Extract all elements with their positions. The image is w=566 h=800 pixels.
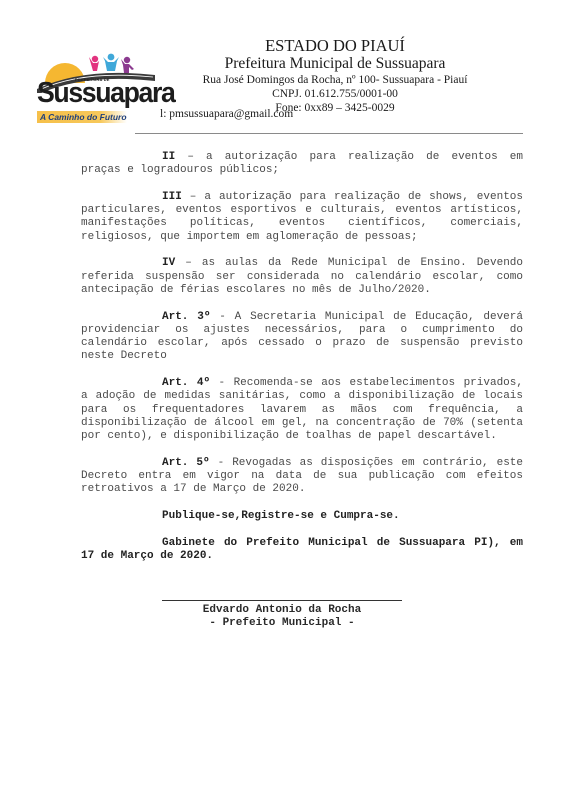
article-text: - Revogadas as disposições em contrário,… bbox=[81, 457, 523, 496]
decree-body: II – a autorização para realização de ev… bbox=[81, 151, 523, 577]
header-divider bbox=[135, 133, 523, 134]
paragraph-item-ii: II – a autorização para realização de ev… bbox=[81, 151, 523, 178]
place-and-date: Gabinete do Prefeito Municipal de Sussua… bbox=[81, 537, 523, 564]
paragraph-label: III bbox=[162, 191, 182, 203]
letterhead: PREFEITURA DE Sussuapara A Caminho do Fu… bbox=[0, 0, 566, 140]
article-3: Art. 3º - A Secretaria Municipal de Educ… bbox=[81, 311, 523, 364]
paragraph-text: – a autorização para realização de event… bbox=[81, 151, 523, 176]
article-label: Art. 5º bbox=[162, 457, 210, 469]
publish-statement: Publique-se,Registre-se e Cumpra-se. bbox=[81, 510, 523, 523]
letterhead-text: ESTADO DO PIAUÍ Prefeitura Municipal de … bbox=[170, 36, 500, 115]
state-name: ESTADO DO PIAUÍ bbox=[170, 36, 500, 55]
signatory-name: Edvardo Antonio da Rocha bbox=[162, 604, 402, 617]
paragraph-item-iv: IV – as aulas da Rede Municipal de Ensin… bbox=[81, 257, 523, 297]
signatory-title: - Prefeito Municipal - bbox=[162, 617, 402, 630]
paragraph-text: – a autorização para realização de shows… bbox=[81, 191, 523, 243]
article-text: - A Secretaria Municipal de Educação, de… bbox=[81, 311, 523, 363]
paragraph-label: IV bbox=[162, 257, 175, 269]
article-5: Art. 5º - Revogadas as disposições em co… bbox=[81, 457, 523, 497]
article-label: Art. 4º bbox=[162, 377, 210, 389]
municipality-logo: PREFEITURA DE Sussuapara A Caminho do Fu… bbox=[33, 53, 158, 125]
logo-brand: Sussuapara bbox=[37, 79, 146, 108]
article-4: Art. 4º - Recomenda-se aos estabelecimen… bbox=[81, 377, 523, 443]
email: l: pmsussuapara@gmail.com bbox=[160, 108, 293, 120]
paragraph-text: – as aulas da Rede Municipal de Ensino. … bbox=[81, 257, 523, 296]
address: Rua José Domingos da Rocha, nº 100- Suss… bbox=[170, 73, 500, 87]
signature-block: Edvardo Antonio da Rocha - Prefeito Muni… bbox=[162, 600, 402, 630]
signature-line bbox=[162, 600, 402, 601]
paragraph-label: II bbox=[162, 151, 175, 163]
city-hall-name: Prefeitura Municipal de Sussuapara bbox=[170, 55, 500, 73]
article-text: - Recomenda-se aos estabelecimentos priv… bbox=[81, 377, 523, 442]
article-label: Art. 3º bbox=[162, 311, 210, 323]
logo-tagline: A Caminho do Futuro bbox=[37, 111, 127, 123]
paragraph-item-iii: III – a autorização para realização de s… bbox=[81, 191, 523, 244]
cnpj: CNPJ. 01.612.755/0001-00 bbox=[170, 87, 500, 101]
